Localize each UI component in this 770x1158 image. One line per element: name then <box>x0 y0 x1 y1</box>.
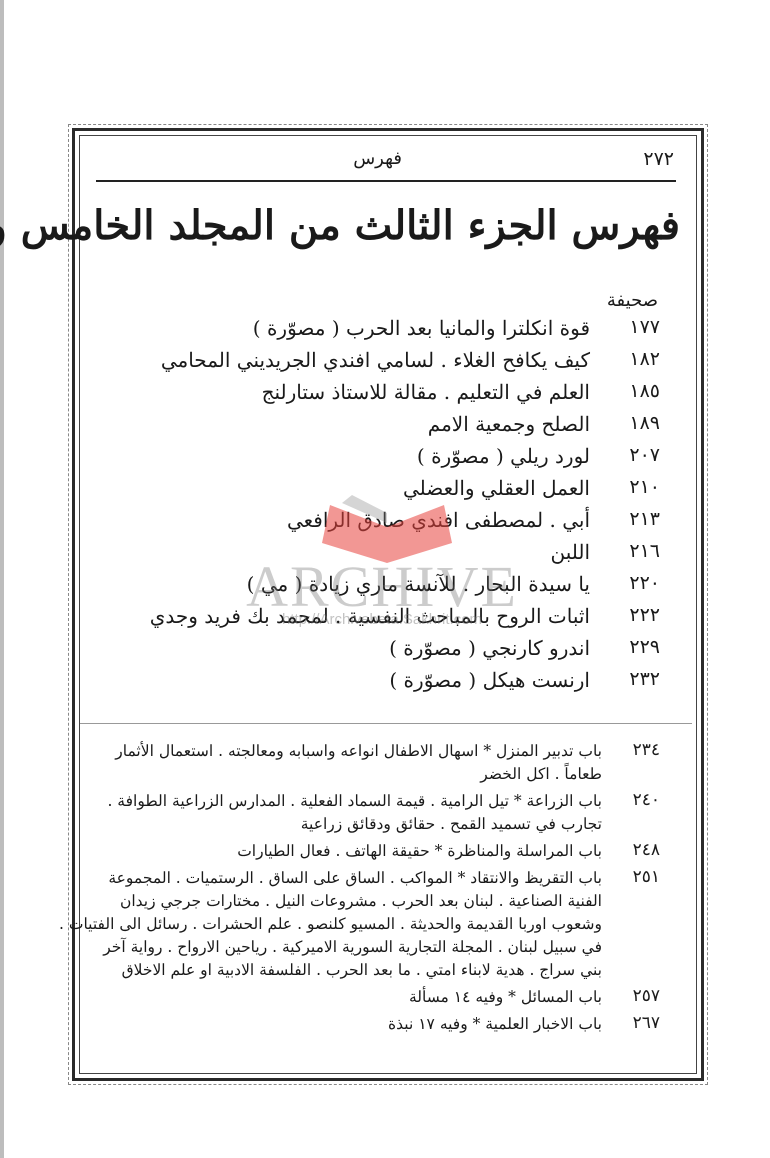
toc-title: قوة انكلترا والمانيا بعد الحرب ( مصوّرة … <box>253 316 590 340</box>
toc-page-number: ٢٣٢ <box>610 668 660 690</box>
section-line: باب الاخبار العلمية * وفيه ١٧ نبذة <box>90 1013 602 1036</box>
section-entry: ٢٥٧باب المسائل * وفيه ١٤ مسألة <box>90 986 660 1009</box>
section-line: باب الزراعة * تيل الرامية . قيمة السماد … <box>90 790 602 813</box>
section-page-number: ٢٣٤ <box>610 740 660 760</box>
section-line: الفنية الصناعية . لبنان بعد الحرب . مشرو… <box>90 890 602 913</box>
toc-page-number: ١٧٧ <box>610 316 660 338</box>
running-header: ٢٧٢ فهرس <box>92 148 692 176</box>
toc-page-number: ١٨٥ <box>610 380 660 402</box>
column-header-page: صحيفة <box>607 290 658 311</box>
toc-title: يا سيدة البحار . للآنسة ماري زيادة ( مي … <box>247 572 590 596</box>
section-line: باب المسائل * وفيه ١٤ مسألة <box>90 986 602 1009</box>
section-line: بني سراج . هدية لابناء امتي . ما بعد الح… <box>90 959 602 982</box>
section-page-number: ٢٥١ <box>610 867 660 887</box>
running-title: فهرس <box>353 148 402 169</box>
toc-title: الصلح وجمعية الامم <box>428 412 590 436</box>
toc-page-number: ١٨٢ <box>610 348 660 370</box>
section-page-number: ٢٤٠ <box>610 790 660 810</box>
section-line: باب تدبير المنزل * اسهال الاطفال انواعه … <box>90 740 602 763</box>
toc-page-number: ٢٢٢ <box>610 604 660 626</box>
toc-row: ١٨٢كيف يكافح الغلاء . لسامي افندي الجريد… <box>100 348 660 380</box>
toc-page-number: ٢٢٠ <box>610 572 660 594</box>
section-page-number: ٢٦٧ <box>610 1013 660 1033</box>
toc-title: كيف يكافح الغلاء . لسامي افندي الجريديني… <box>161 348 590 372</box>
section-line: باب التقريظ والانتقاد * المواكب . الساق … <box>90 867 602 890</box>
section-line: وشعوب اوربا القديمة والحديثة . المسيو كل… <box>90 913 602 936</box>
toc-title: العلم في التعليم . مقالة للاستاذ ستارلنج <box>262 380 590 404</box>
articles-list: ١٧٧قوة انكلترا والمانيا بعد الحرب ( مصوّ… <box>100 316 660 700</box>
section-line: في سبيل لبنان . المجلة التجارية السورية … <box>90 936 602 959</box>
toc-row: ١٨٩الصلح وجمعية الامم <box>100 412 660 444</box>
toc-row: ١٨٥العلم في التعليم . مقالة للاستاذ ستار… <box>100 380 660 412</box>
header-rule <box>96 180 676 182</box>
toc-title: اللبن <box>550 540 590 564</box>
toc-row: ٢٢٠يا سيدة البحار . للآنسة ماري زيادة ( … <box>100 572 660 604</box>
section-page-number: ٢٥٧ <box>610 986 660 1006</box>
section-entry: ٢٦٧باب الاخبار العلمية * وفيه ١٧ نبذة <box>90 1013 660 1036</box>
toc-page-number: ٢١٣ <box>610 508 660 530</box>
toc-row: ٢١٠العمل العقلي والعضلي <box>100 476 660 508</box>
section-line: تجارب في تسميد القمح . حقائق ودقائق زراع… <box>90 813 602 836</box>
toc-page-number: ١٨٩ <box>610 412 660 434</box>
toc-title: اندرو كارنجي ( مصوّرة ) <box>389 636 590 660</box>
toc-page-number: ٢١٠ <box>610 476 660 498</box>
toc-row: ٢٢٩اندرو كارنجي ( مصوّرة ) <box>100 636 660 668</box>
section-entry: ٢٥١باب التقريظ والانتقاد * المواكب . الس… <box>90 867 660 982</box>
section-entry: ٢٤٠باب الزراعة * تيل الرامية . قيمة السم… <box>90 790 660 836</box>
section-entry: ٢٤٨باب المراسلة والمناظرة * حقيقة الهاتف… <box>90 840 660 863</box>
toc-row: ١٧٧قوة انكلترا والمانيا بعد الحرب ( مصوّ… <box>100 316 660 348</box>
toc-title: اثبات الروح بالمباحث النفسية . لمحمد بك … <box>150 604 590 628</box>
sections-list: ٢٣٤باب تدبير المنزل * اسهال الاطفال انوا… <box>90 740 660 1040</box>
scan-edge <box>0 0 4 1158</box>
toc-row: ٢٠٧لورد ريلي ( مصوّرة ) <box>100 444 660 476</box>
section-line: طعاماً . اكل الخضر <box>90 763 602 786</box>
toc-title: أبي . لمصطفى افندي صادق الرافعي <box>287 508 590 532</box>
section-page-number: ٢٤٨ <box>610 840 660 860</box>
toc-title: العمل العقلي والعضلي <box>403 476 590 500</box>
section-line: باب المراسلة والمناظرة * حقيقة الهاتف . … <box>90 840 602 863</box>
section-divider <box>80 723 692 724</box>
toc-row: ٢١٦اللبن <box>100 540 660 572</box>
toc-title: لورد ريلي ( مصوّرة ) <box>417 444 590 468</box>
toc-page-number: ٢٢٩ <box>610 636 660 658</box>
page-number: ٢٧٢ <box>643 148 674 170</box>
toc-row: ٢٢٢اثبات الروح بالمباحث النفسية . لمحمد … <box>100 604 660 636</box>
toc-page-number: ٢١٦ <box>610 540 660 562</box>
section-entry: ٢٣٤باب تدبير المنزل * اسهال الاطفال انوا… <box>90 740 660 786</box>
toc-page-number: ٢٠٧ <box>610 444 660 466</box>
toc-row: ٢١٣أبي . لمصطفى افندي صادق الرافعي <box>100 508 660 540</box>
page-title: فهرس الجزء الثالث من المجلد الخامس والخم… <box>90 202 680 249</box>
toc-row: ٢٣٢ارنست هيكل ( مصوّرة ) <box>100 668 660 700</box>
toc-title: ارنست هيكل ( مصوّرة ) <box>389 668 590 692</box>
